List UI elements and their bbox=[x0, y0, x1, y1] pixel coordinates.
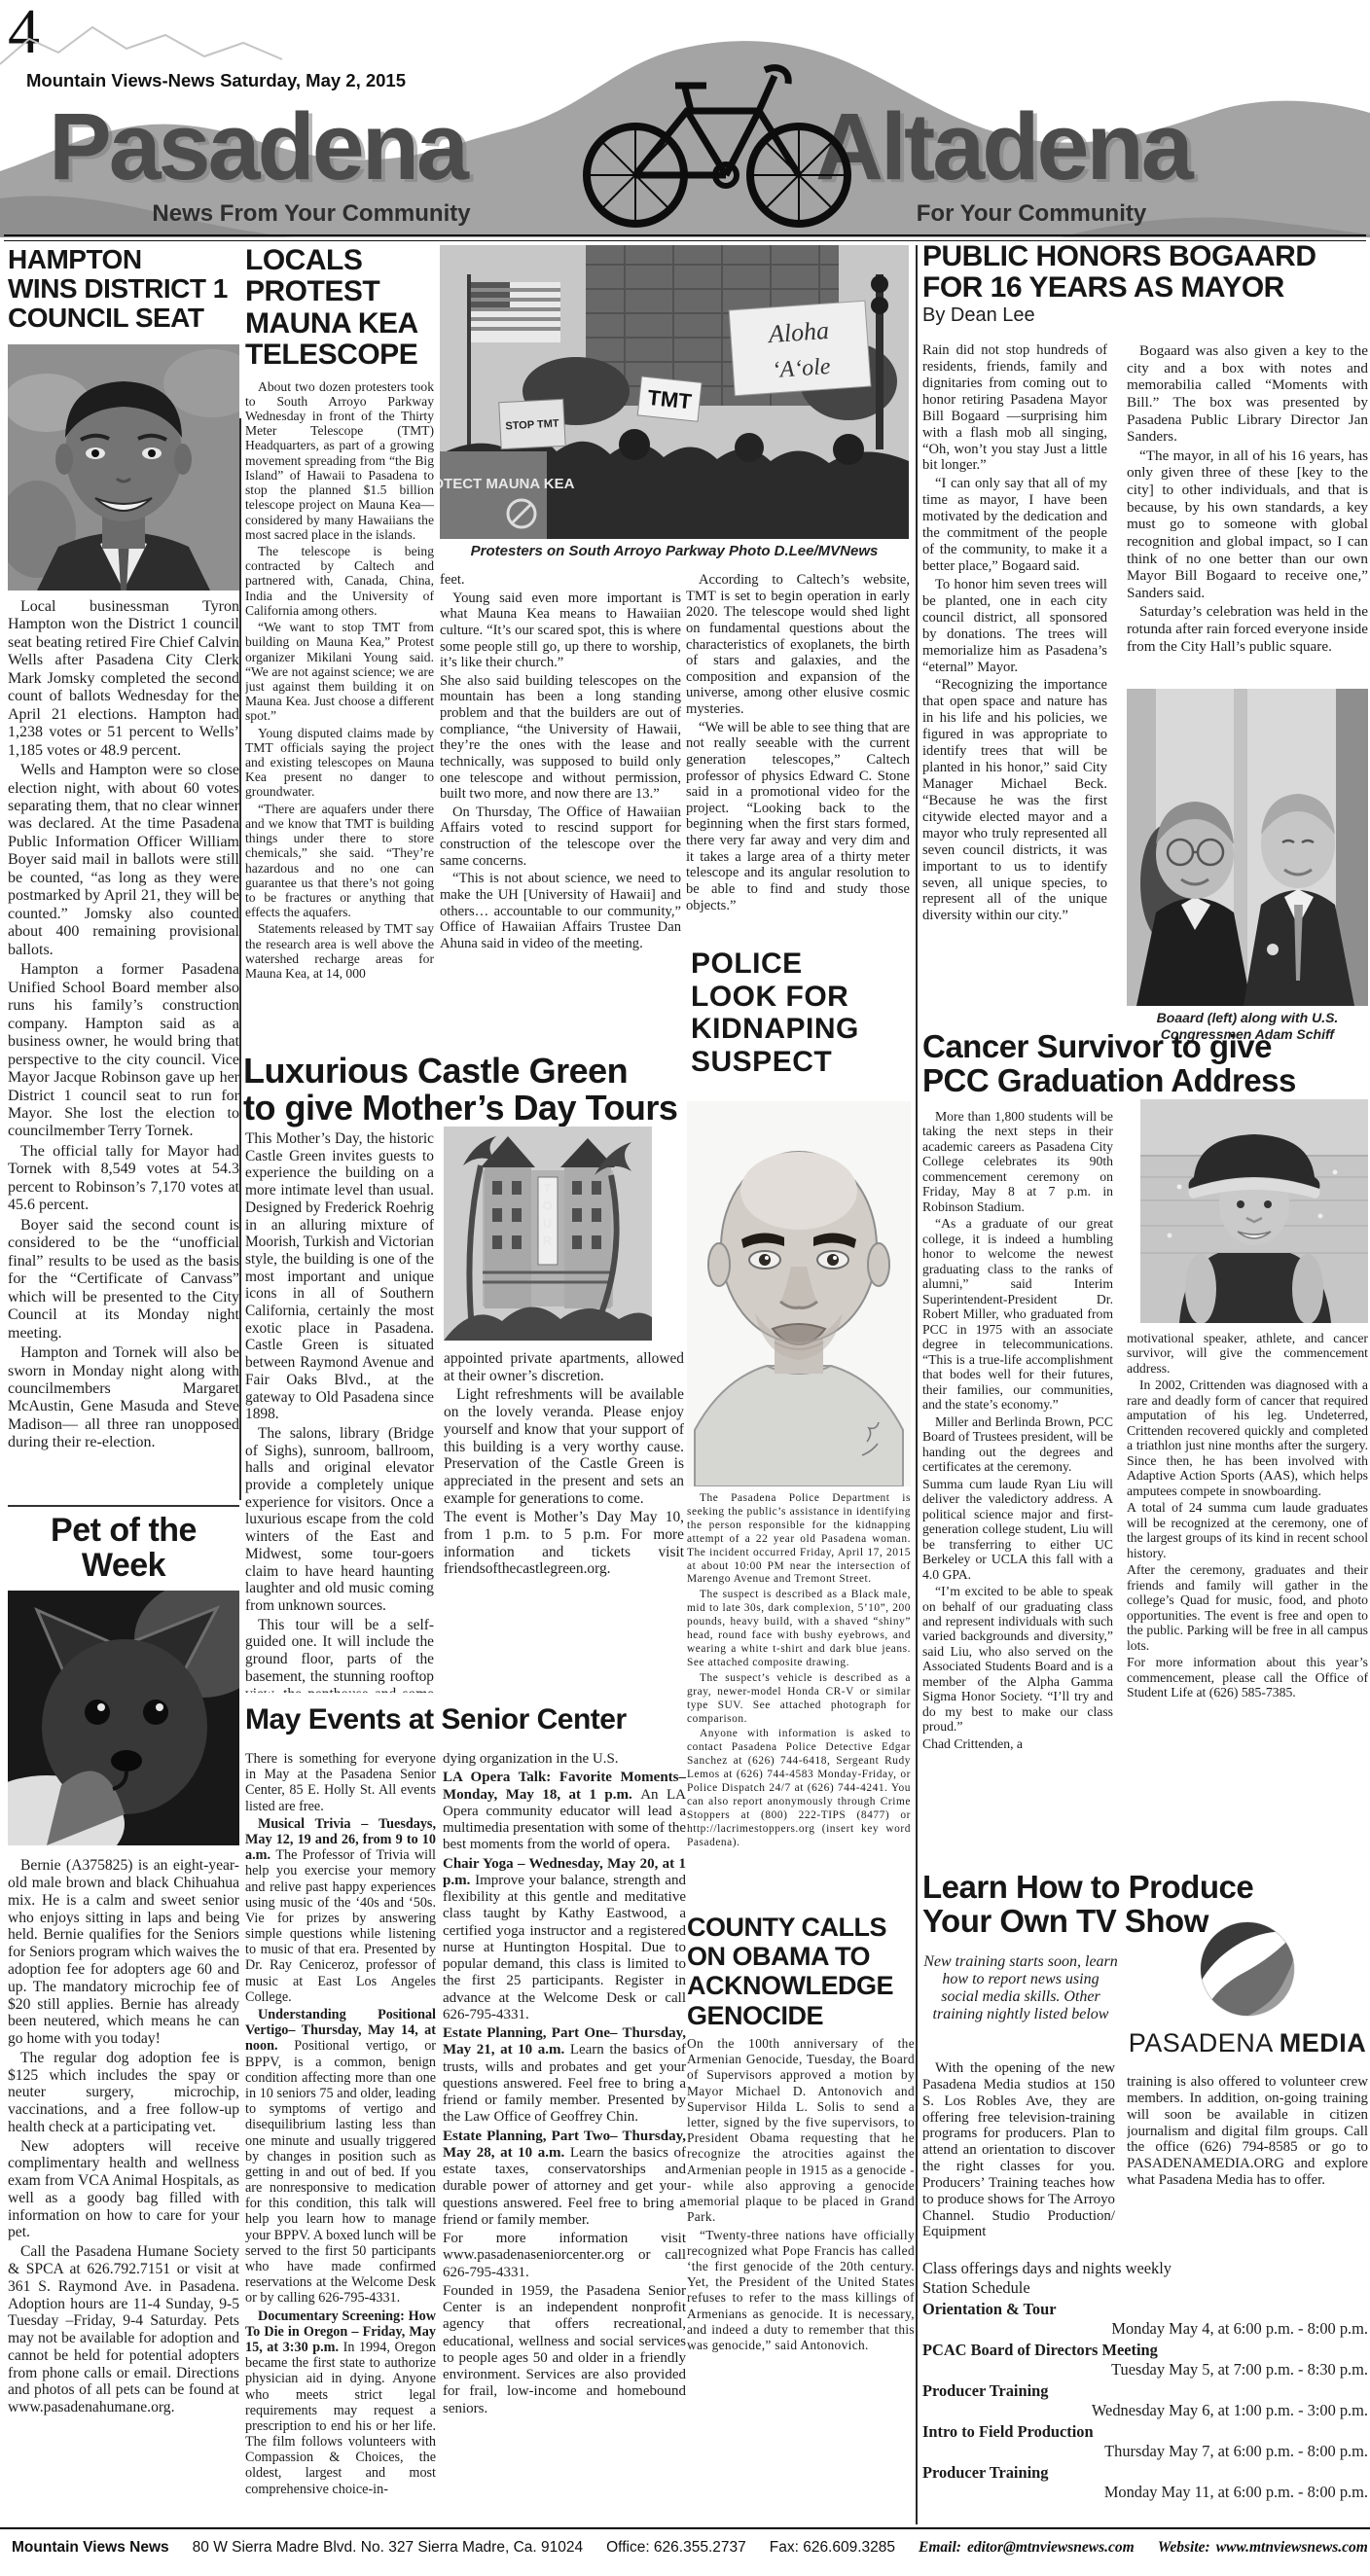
paragraph: To honor him seven trees will be planted… bbox=[922, 577, 1107, 676]
schedule-time: Tuesday May 5, at 7:00 p.m. - 8:30 p.m. bbox=[922, 2360, 1368, 2379]
paragraph: Statements released by TMT say the resea… bbox=[245, 921, 434, 981]
article-body: On the 100th anniversary of the Armenian… bbox=[687, 2036, 915, 2513]
protest-sign-text: ʻAʻole bbox=[772, 354, 832, 383]
event-text: Positional vertigo, or BPPV, is a common… bbox=[245, 2038, 436, 2306]
tagline-left: News From Your Community bbox=[68, 200, 555, 228]
protest-sign-text: PROTECT MAUNA KEA bbox=[440, 476, 575, 492]
castle-tour-banner: TOUR bbox=[540, 1181, 555, 1251]
paragraph: “I’m excited to be able to speak on beha… bbox=[922, 1584, 1113, 1735]
paragraph: “There are aquafers under there and we k… bbox=[245, 802, 434, 920]
paragraph: Bernie (A375825) is an eight-year-old ma… bbox=[8, 1857, 239, 2047]
event-text: In 1994, Oregon became the first state t… bbox=[245, 2340, 436, 2497]
paragraph: appointed private apartments, allowed at… bbox=[444, 1350, 684, 1384]
footer-fax: Fax: 626.609.3285 bbox=[770, 2539, 895, 2557]
paragraph: The official tally for Mayor had Tornek … bbox=[8, 1143, 239, 1215]
article-body: training is also offered to volunteer cr… bbox=[1127, 2074, 1368, 2251]
column-rule bbox=[916, 245, 918, 2524]
schedule-time: Thursday May 7, at 6:00 p.m. - 8:00 p.m. bbox=[922, 2442, 1368, 2461]
section-divider bbox=[8, 1505, 239, 1507]
paragraph: “I can only say that all of my time as m… bbox=[922, 476, 1107, 575]
article-body: Rain did not stop hundreds of residents,… bbox=[922, 342, 1107, 1021]
footer-website-label: Website: bbox=[1158, 2539, 1210, 2557]
paragraph: Hampton a former Pasadena Unified School… bbox=[8, 961, 239, 1141]
paragraph: Boyer said the second count is considere… bbox=[8, 1217, 239, 1342]
event-text: dying organization in the U.S. bbox=[443, 1751, 619, 1767]
protest-sign-text: Aloha bbox=[766, 316, 830, 348]
paragraph: The regular dog adoption fee is $125 whi… bbox=[8, 2050, 239, 2136]
tagline-right: For Your Community bbox=[822, 200, 1241, 228]
paragraph: For more information about this year’s c… bbox=[1127, 1655, 1368, 1699]
paragraph: On the 100th anniversary of the Armenian… bbox=[687, 2036, 915, 2226]
article-body: Bernie (A375825) is an eight-year-old ma… bbox=[8, 1857, 239, 2504]
paragraph: training is also offered to volunteer cr… bbox=[1127, 2074, 1368, 2189]
paragraph: More than 1,800 students will be taking … bbox=[922, 1109, 1113, 1214]
paragraph: “Twenty-three nations have officially re… bbox=[687, 2228, 915, 2354]
article-headline-cancer: Cancer Survivor to give PCC Graduation A… bbox=[922, 1029, 1370, 1098]
paragraph: Chad Crittenden, a bbox=[922, 1736, 1113, 1751]
article-body: dying organization in the U.S. LA Opera … bbox=[443, 1751, 686, 2527]
article-headline: Pet of the Week bbox=[8, 1514, 239, 1583]
article-headline: LOCALS PROTEST MAUNA KEA TELESCOPE bbox=[245, 245, 434, 372]
pasadena-media-logo: PASADENAMEDIA bbox=[1127, 1918, 1368, 2064]
paragraph: She also said building telescopes on the… bbox=[440, 673, 681, 803]
footer-paper-name: Mountain Views News bbox=[12, 2539, 169, 2557]
station-schedule: Class offerings days and nights weekly S… bbox=[922, 2259, 1368, 2504]
footer-office: Office: 626.355.2737 bbox=[606, 2539, 746, 2557]
schedule-class: Orientation & Tour bbox=[922, 2300, 1368, 2319]
schedule-time: Monday May 11, at 6:00 p.m. - 8:00 p.m. bbox=[922, 2483, 1368, 2502]
paragraph: This Mother’s Day, the historic Castle G… bbox=[245, 1130, 434, 1423]
paragraph: Anyone with information is asked to cont… bbox=[687, 1728, 911, 1849]
newspaper-page: 4 Mountain Views-News Saturday, May 2, 2… bbox=[0, 0, 1370, 2576]
paragraph: Bogaard was also given a key to the city… bbox=[1127, 342, 1368, 446]
article-body: More than 1,800 students will be taking … bbox=[922, 1109, 1113, 1876]
paragraph: With the opening of the new Pasadena Med… bbox=[922, 2060, 1115, 2240]
schedule-time: Wednesday May 6, at 1:00 p.m. - 3:00 p.m… bbox=[922, 2401, 1368, 2420]
article-body: motivational speaker, athlete, and cance… bbox=[1127, 1331, 1368, 1868]
article-body: Bogaard was also given a key to the city… bbox=[1127, 342, 1368, 685]
paragraph: About two dozen protesters took to South… bbox=[245, 379, 434, 542]
bogaard-photo bbox=[1127, 689, 1368, 1006]
paragraph: “We want to stop TMT from building on Ma… bbox=[245, 620, 434, 724]
hampton-photo bbox=[8, 344, 239, 590]
castle-green-photo: TOUR bbox=[444, 1127, 652, 1341]
paragraph: Saturday’s celebration was held in the r… bbox=[1127, 603, 1368, 655]
schedule-class: Producer Training bbox=[922, 2381, 1368, 2401]
column-rule bbox=[239, 418, 241, 1500]
footer-email-label: Email: bbox=[919, 2539, 961, 2557]
tv-intro-italic: New training starts soon, learn how to r… bbox=[922, 1953, 1119, 2058]
paragraph: Young said even more important is what M… bbox=[440, 590, 681, 671]
paragraph: Young disputed claims made by TMT offici… bbox=[245, 726, 434, 800]
article-body: appointed private apartments, allowed at… bbox=[444, 1350, 684, 1699]
article-pet-of-week: Pet of the Week Bernie (A375825) is an e… bbox=[8, 1514, 239, 2504]
article-mauna-kea: LOCALS PROTEST MAUNA KEA TELESCOPE About… bbox=[245, 245, 434, 1010]
paragraph: In 2002, Crittenden was diagnosed with a… bbox=[1127, 1377, 1368, 1498]
footer-website: www.mtnviewsnews.com bbox=[1216, 2539, 1368, 2557]
paragraph: The Pasadena Police Department is seekin… bbox=[687, 1492, 911, 1587]
article-body: This Mother’s Day, the historic Castle G… bbox=[245, 1130, 434, 1693]
article-county-genocide: COUNTY CALLS ON OBAMA TO ACKNOWLEDGE GEN… bbox=[687, 1913, 915, 2513]
article-body: With the opening of the new Pasadena Med… bbox=[922, 2060, 1115, 2257]
paragraph: “This is not about science, we need to m… bbox=[440, 871, 681, 951]
masthead-title-altadena: Altadena bbox=[815, 99, 1191, 194]
byline: By Dean Lee bbox=[922, 304, 1370, 327]
article-headline-may-events: May Events at Senior Center bbox=[245, 1704, 693, 1735]
paragraph: Wells and Hampton were so close election… bbox=[8, 762, 239, 959]
event-text: Improve your balance, strength and flexi… bbox=[443, 1873, 686, 2022]
paragraph: “We will be able to see thing that are n… bbox=[686, 720, 910, 914]
paragraph: The suspect is described as a Black male… bbox=[687, 1589, 911, 1669]
article-headline-castle: Luxurious Castle Green to give Mother’s … bbox=[243, 1053, 776, 1127]
article-body: About two dozen protesters took to South… bbox=[245, 379, 434, 1010]
event-text: The Professor of Trivia will help you ex… bbox=[245, 1847, 436, 2005]
event-text: For more information visit www.pasadenas… bbox=[443, 2231, 686, 2280]
paragraph: This tour will be a self-guided one. It … bbox=[245, 1617, 434, 1693]
article-body-police: The Pasadena Police Department is seekin… bbox=[687, 1492, 911, 1907]
article-headline: PUBLIC HONORS BOGAARD FOR 16 YEARS AS MA… bbox=[922, 241, 1370, 304]
crittenden-photo bbox=[1140, 1099, 1368, 1323]
article-headline: HAMPTON WINS DISTRICT 1 COUNCIL SEAT bbox=[8, 245, 239, 333]
event-text: There is something for everyone in May a… bbox=[245, 1751, 436, 1814]
pet-photo bbox=[8, 1591, 239, 1845]
paragraph: Miller and Berlinda Brown, PCC Board of … bbox=[922, 1414, 1113, 1475]
schedule-class: PCAC Board of Directors Meeting bbox=[922, 2341, 1368, 2360]
article-hampton: HAMPTON WINS DISTRICT 1 COUNCIL SEAT bbox=[8, 245, 239, 1505]
paragraph: Hampton and Tornek will also be sworn in… bbox=[8, 1344, 239, 1452]
paragraph: Rain did not stop hundreds of residents,… bbox=[922, 342, 1107, 474]
schedule-time: Monday May 4, at 6:00 p.m. - 8:00 p.m. bbox=[922, 2319, 1368, 2339]
paragraph: A total of 24 summa cum laude graduates … bbox=[1127, 1500, 1368, 1560]
article-body-continued: feet. Young said even more important is … bbox=[440, 572, 681, 1058]
suspect-sketch bbox=[687, 1101, 911, 1486]
paragraph: On Thursday, The Office of Hawaiian Affa… bbox=[440, 805, 681, 870]
paragraph: New adopters will receive complimentary … bbox=[8, 2138, 239, 2242]
paragraph: The suspect’s vehicle is described as a … bbox=[687, 1672, 911, 1727]
paragraph: “The mayor, in all of his 16 years, has … bbox=[1127, 447, 1368, 602]
footer-email: editor@mtnviewsnews.com bbox=[967, 2539, 1135, 2557]
paragraph: The salons, library (Bridge of Sighs), s… bbox=[245, 1425, 434, 1615]
paragraph: “As a graduate of our great college, it … bbox=[922, 1216, 1113, 1412]
paragraph: According to Caltech’s website, TMT is s… bbox=[686, 572, 910, 718]
paragraph: The event is Mother’s Day May 10, from 1… bbox=[444, 1509, 684, 1578]
paragraph: After the ceremony, graduates and their … bbox=[1127, 1562, 1368, 1653]
paragraph: Local businessman Tyron Hampton won the … bbox=[8, 598, 239, 760]
article-bogaard: PUBLIC HONORS BOGAARD FOR 16 YEARS AS MA… bbox=[922, 241, 1370, 327]
article-body: There is something for everyone in May a… bbox=[245, 1751, 436, 2527]
photo-caption: Protesters on South Arroyo Parkway Photo… bbox=[440, 543, 909, 559]
page-footer: Mountain Views News 80 W Sierra Madre Bl… bbox=[0, 2527, 1370, 2576]
bicycle-icon bbox=[582, 27, 852, 236]
schedule-class: Producer Training bbox=[922, 2463, 1368, 2483]
event-text: Founded in 1959, the Pasadena Senior Cen… bbox=[443, 2283, 686, 2416]
schedule-class: Intro to Field Production bbox=[922, 2422, 1368, 2442]
article-body-continued: According to Caltech’s website, TMT is s… bbox=[686, 572, 910, 942]
schedule-note: Class offerings days and nights weekly bbox=[922, 2259, 1368, 2278]
paragraph: “Recognizing the importance that open sp… bbox=[922, 677, 1107, 924]
paragraph: Call the Pasadena Humane Society & SPCA … bbox=[8, 2243, 239, 2416]
schedule-title: Station Schedule bbox=[922, 2278, 1368, 2298]
protest-photo: Aloha ʻAʻole TMT STOP TMT PROTECT MAUNA … bbox=[440, 245, 909, 539]
masthead-title-pasadena: Pasadena bbox=[49, 99, 466, 194]
paragraph: motivational speaker, athlete, and cance… bbox=[1127, 1331, 1368, 1376]
paragraph: The telescope is being contracted by Cal… bbox=[245, 544, 434, 618]
pasadena-media-wordmark: PASADENAMEDIA bbox=[1127, 2028, 1368, 2058]
paragraph: feet. bbox=[440, 572, 681, 589]
paragraph: Light refreshments will be available on … bbox=[444, 1386, 684, 1507]
paragraph: Summa cum laude Ryan Liu will deliver th… bbox=[922, 1477, 1113, 1582]
article-headline: COUNTY CALLS ON OBAMA TO ACKNOWLEDGE GEN… bbox=[687, 1913, 915, 2030]
footer-address: 80 W Sierra Madre Blvd. No. 327 Sierra M… bbox=[193, 2539, 583, 2557]
protest-sign-text: TMT bbox=[646, 385, 693, 414]
article-body: Local businessman Tyron Hampton won the … bbox=[8, 598, 239, 1505]
